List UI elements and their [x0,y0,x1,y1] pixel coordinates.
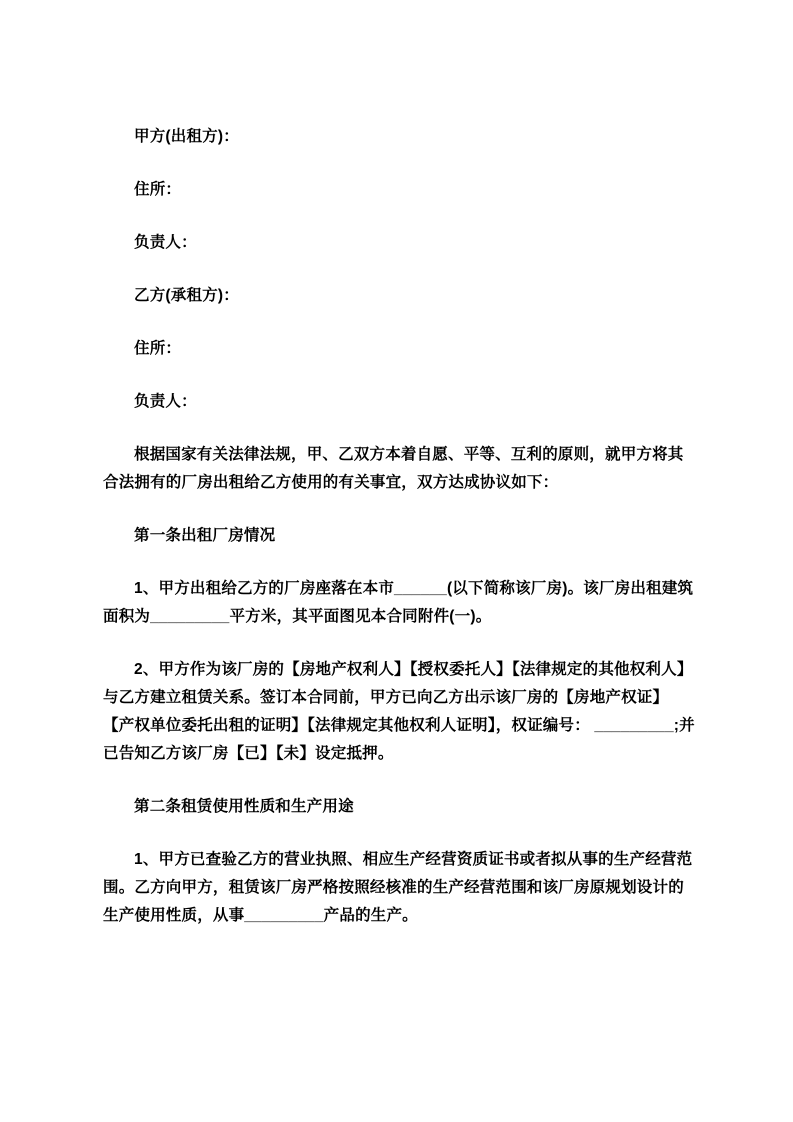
party-a-label: 甲方(出租方)： [103,123,704,151]
article-2-clause-1-paragraph: 1、甲方已查验乙方的营业执照、相应生产经营资质证书或者拟从事的生产经营范 围。乙… [103,846,704,930]
document-content: 甲方(出租方)： 住所： 负责人： 乙方(承租方)： 住所： 负责人： 根据国家… [103,123,704,955]
party-a-person-label: 负责人： [103,229,704,257]
paragraph-line: 根据国家有关法律法规，甲、乙双方本着自愿、平等、互利的原则，就甲方将其 [103,441,704,469]
paragraph-line: 1、甲方出租给乙方的厂房座落在本市______(以下简称该厂房)。该厂房出租建筑 [103,575,704,603]
paragraph-line: 【产权单位委托出租的证明】【法律规定其他权利人证明】，权证编号： _______… [103,712,704,740]
article-1-clause-2-paragraph: 2、甲方作为该厂房的【房地产权利人】【授权委托人】【法律规定的其他权利人】 与乙… [103,656,704,768]
label-text: 住所： [103,335,704,363]
paragraph-line: 生产使用性质，从事_________产品的生产。 [103,902,704,930]
label-text: 甲方(出租方)： [103,123,704,151]
paragraph-line: 2、甲方作为该厂房的【房地产权利人】【授权委托人】【法律规定的其他权利人】 [103,656,704,684]
label-text: 负责人： [103,229,704,257]
label-text: 负责人： [103,388,704,416]
paragraph-line: 与乙方建立租赁关系。签订本合同前，甲方已向乙方出示该厂房的【房地产权证】 [103,684,704,712]
preamble-paragraph: 根据国家有关法律法规，甲、乙双方本着自愿、平等、互利的原则，就甲方将其 合法拥有… [103,441,704,497]
paragraph-line: 1、甲方已查验乙方的营业执照、相应生产经营资质证书或者拟从事的生产经营范 [103,846,704,874]
paragraph-line: 围。乙方向甲方，租赁该厂房严格按照经核准的生产经营范围和该厂房原规划设计的 [103,874,704,902]
party-b-label: 乙方(承租方)： [103,282,704,310]
party-b-person-label: 负责人： [103,388,704,416]
heading-text: 第二条租赁使用性质和生产用途 [103,793,704,821]
party-b-address-label: 住所： [103,335,704,363]
document-page: 甲方(出租方)： 住所： 负责人： 乙方(承租方)： 住所： 负责人： 根据国家… [0,0,793,1122]
paragraph-line: 面积为_________平方米，其平面图见本合同附件(一)。 [103,603,704,631]
article-2-heading: 第二条租赁使用性质和生产用途 [103,793,704,821]
label-text: 住所： [103,176,704,204]
party-a-address-label: 住所： [103,176,704,204]
paragraph-line: 合法拥有的厂房出租给乙方使用的有关事宜，双方达成协议如下： [103,469,704,497]
paragraph-line: 已告知乙方该厂房【已】【未】设定抵押。 [103,740,704,768]
article-1-heading: 第一条出租厂房情况 [103,522,704,550]
heading-text: 第一条出租厂房情况 [103,522,704,550]
article-1-clause-1-paragraph: 1、甲方出租给乙方的厂房座落在本市______(以下简称该厂房)。该厂房出租建筑… [103,575,704,631]
label-text: 乙方(承租方)： [103,282,704,310]
